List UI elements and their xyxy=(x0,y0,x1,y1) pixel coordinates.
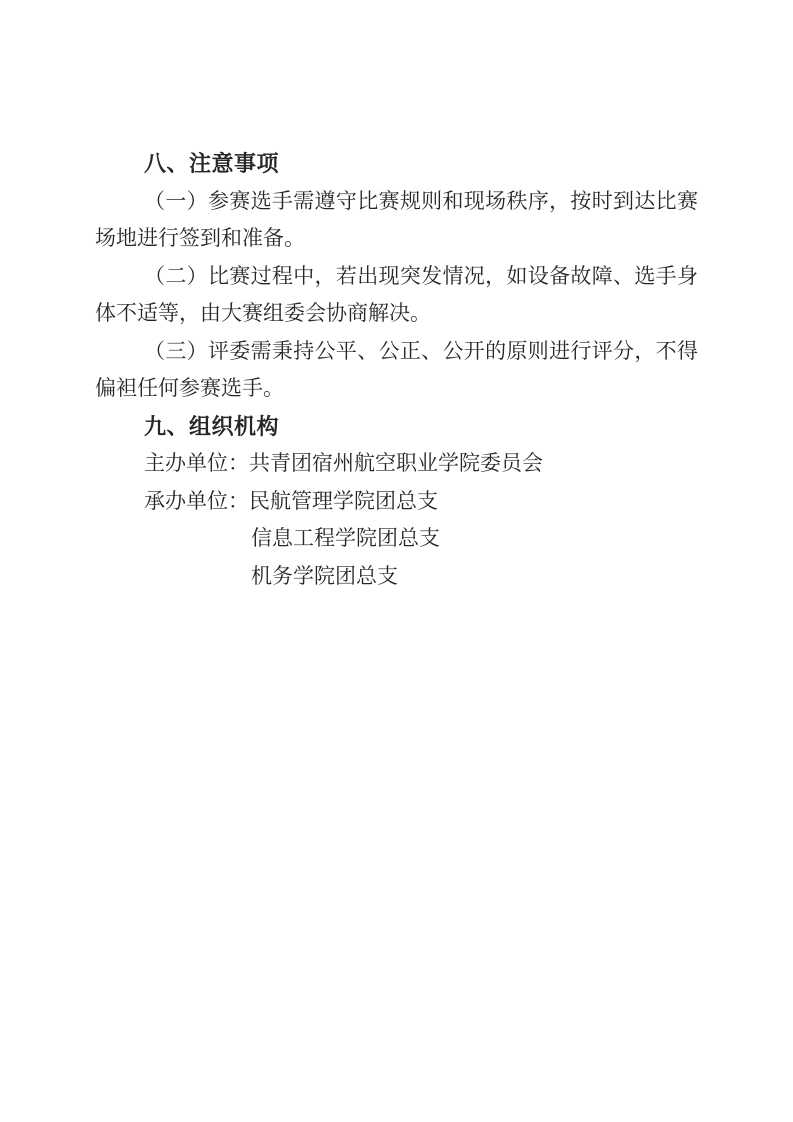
notes-section-heading: 八、注意事项 xyxy=(95,145,698,183)
host-unit-line: 主办单位：共青团宿州航空职业学院委员会 xyxy=(95,445,698,483)
document-page: 八、注意事项 （一）参赛选手需遵守比赛规则和现场秩序，按时到达比赛场地进行签到和… xyxy=(0,0,793,1122)
organizer-unit-label: 承办单位： xyxy=(144,489,249,513)
organizer-unit-value-1: 民航管理学院团总支 xyxy=(249,489,438,513)
organizer-unit-value-3: 机务学院团总支 xyxy=(95,558,698,596)
organizer-unit-value-2: 信息工程学院团总支 xyxy=(95,520,698,558)
notes-item-1: （一）参赛选手需遵守比赛规则和现场秩序，按时到达比赛场地进行签到和准备。 xyxy=(95,183,698,258)
document-content: 八、注意事项 （一）参赛选手需遵守比赛规则和现场秩序，按时到达比赛场地进行签到和… xyxy=(95,145,698,595)
notes-item-2: （二）比赛过程中，若出现突发情况，如设备故障、选手身体不适等，由大赛组委会协商解… xyxy=(95,258,698,333)
host-unit-value: 共青团宿州航空职业学院委员会 xyxy=(249,451,543,475)
notes-item-3: （三）评委需秉持公平、公正、公开的原则进行评分，不得偏袒任何参赛选手。 xyxy=(95,333,698,408)
organizer-unit-line: 承办单位：民航管理学院团总支 xyxy=(95,483,698,521)
organization-section-heading: 九、组织机构 xyxy=(95,408,698,446)
host-unit-label: 主办单位： xyxy=(144,451,249,475)
